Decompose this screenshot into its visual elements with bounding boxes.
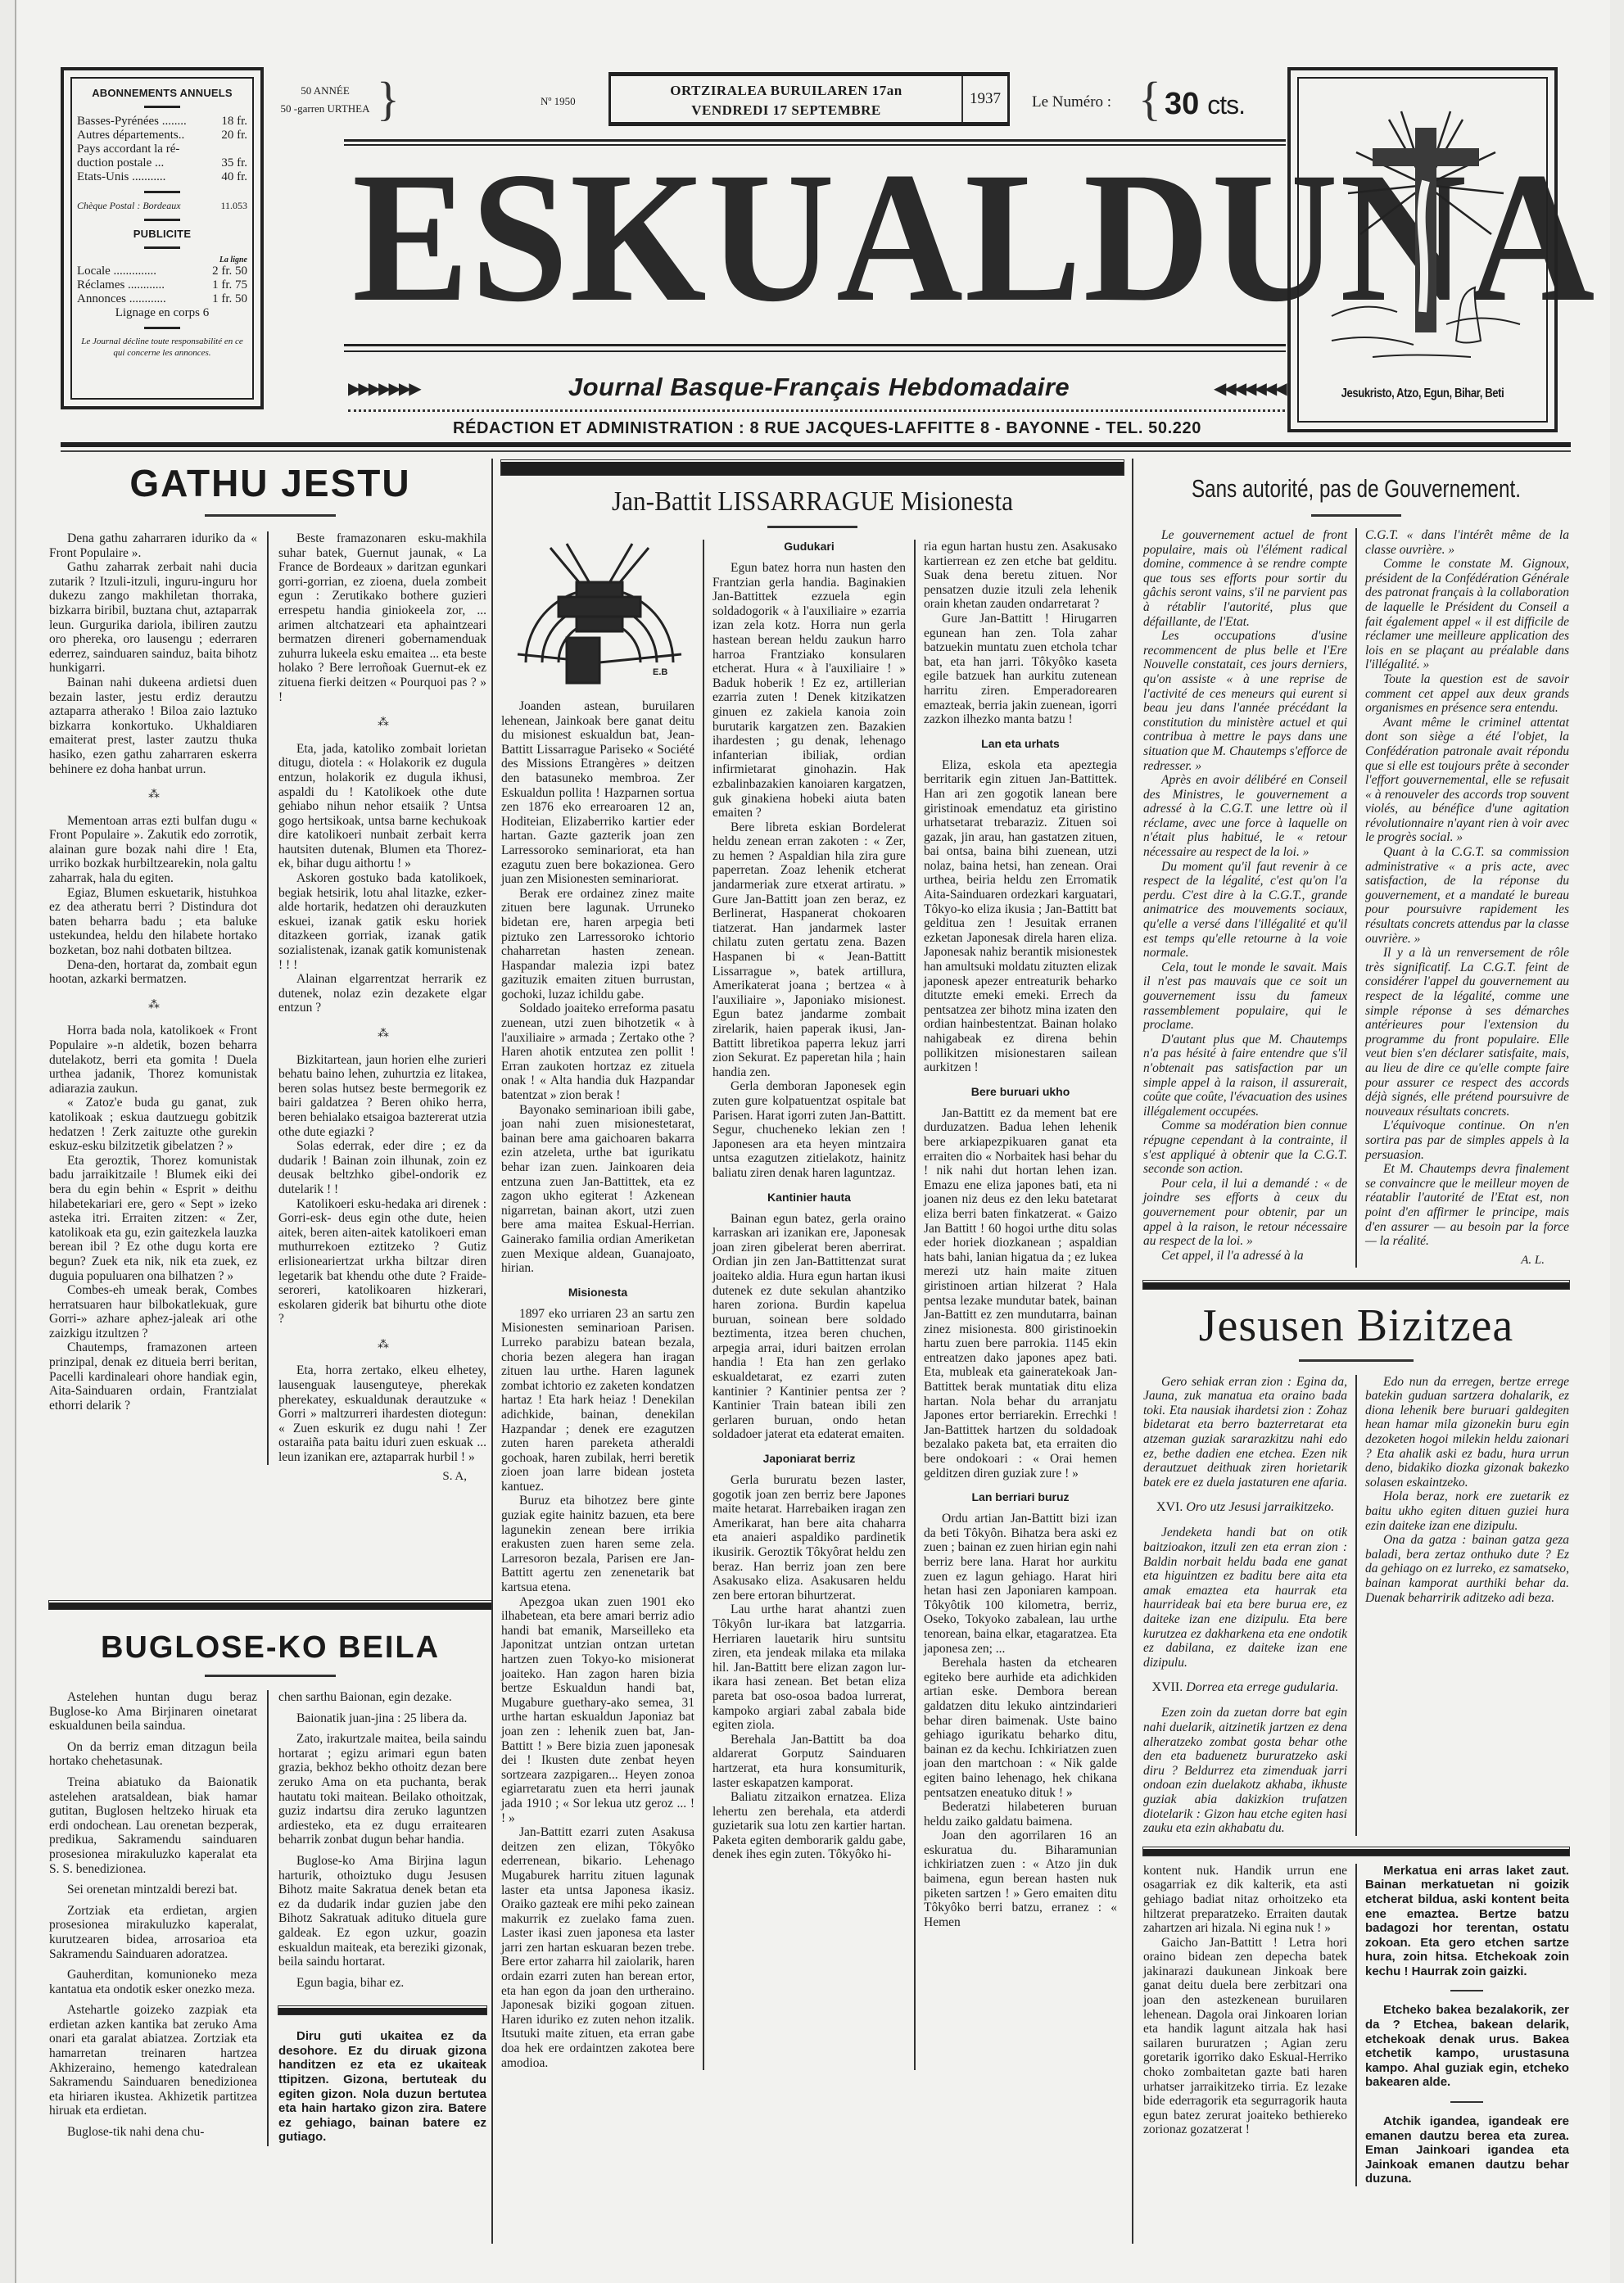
subheading: Japoniarat berriz [712, 1452, 906, 1465]
maxims-column: Merkatua eni arras laket zaut. Bainan me… [1365, 1864, 1569, 2186]
article-column: Edo nun da erregen, bertze errege bateki… [1365, 1375, 1569, 1836]
column-rule [1132, 459, 1133, 2244]
column-rule [703, 540, 704, 2070]
maxim: Diru guti ukaitea ez da desohore. Ez du … [278, 2029, 486, 2145]
divider [144, 191, 180, 193]
headline: GATHU JESTU [49, 460, 491, 506]
divider [1450, 2101, 1483, 2103]
subheading: Lan eta urhats [924, 737, 1117, 750]
column-rule [1355, 1864, 1357, 2186]
article-column: 1897 eko urriaren 23 an sartu zen Mision… [501, 1307, 694, 2070]
paragraph: Ona da gatza : bainan gatza geza baladi,… [1365, 1533, 1569, 1605]
missionary-emblem-icon: E.B [501, 540, 694, 687]
paragraph: Le gouvernement actuel de front populair… [1143, 528, 1347, 629]
column-rule [267, 531, 269, 1465]
paragraph: Eta, jada, katoliko zombait lorietan dit… [278, 742, 486, 871]
price-row: Autres départements..20 fr. [77, 129, 247, 142]
crucifix-icon [1323, 103, 1528, 373]
column-rule [914, 540, 916, 2070]
divider [205, 1675, 336, 1677]
section-rule [1143, 1281, 1569, 1289]
paragraph: 1897 eko urriaren 23 an sartu zen Mision… [501, 1307, 694, 1494]
paragraph: Comme le constate M. Gignoux, président … [1365, 557, 1569, 672]
asterism-icon: ⁂ [278, 716, 486, 730]
asterism-icon: ⁂ [49, 788, 257, 802]
paragraph: Baliatu zitzaikon ernatzea. Eliza lehert… [712, 1790, 906, 1862]
editorial-address: RÉDACTION ET ADMINISTRATION : 8 RUE JACQ… [369, 419, 1286, 438]
paragraph: Avant même le criminel attentat dont son… [1365, 716, 1569, 845]
date-basque: ORTZIRALEA BURUILAREN 17an [611, 81, 961, 101]
paragraph: On da berriz eman ditzagun beila hortako… [49, 1740, 257, 1769]
masthead-rule [61, 450, 1571, 452]
maxim: Merkatua eni arras laket zaut. Bainan me… [1365, 1864, 1569, 1979]
article-column: chen sarthu Baionan, egin dezake.Baionat… [278, 1690, 486, 1990]
paragraph: ria egun hartan hustu zen. Asakusako kar… [924, 540, 1117, 612]
section-rule [501, 460, 1124, 475]
emblem-box: Jesukristo, Atzo, Egun, Bihar, Beti [1287, 67, 1558, 432]
article-gathu-jestu: GATHU JESTU Dena gathu zaharraren idurik… [49, 455, 491, 1484]
subheading: Gudukari [712, 540, 906, 553]
paragraph: Astelehen huntan dugu beraz Buglose-ko A… [49, 1690, 257, 1734]
paragraph: Cet appel, il l'a adressé à la [1143, 1249, 1347, 1264]
paragraph: Bayonako seminarioan ibili gabe, joan na… [501, 1103, 694, 1276]
dotted-rule [348, 409, 1290, 414]
headline: Sans autorité, pas de Gouvernement. [1190, 470, 1522, 508]
paragraph: Eta, horra zertako, elkeu elhetey, lause… [278, 1363, 486, 1464]
paragraph: Egun batez horra nun hasten den Frantzia… [712, 561, 906, 821]
divider [205, 514, 336, 517]
svg-text:E.B: E.B [653, 667, 667, 677]
paragraph: Gauherditan, komunioneko meza kantatua e… [49, 1968, 257, 1996]
asterism-icon: ⁂ [49, 998, 257, 1013]
paragraph: Bederatzi hilabeteren buruan heldu zaiko… [924, 1800, 1117, 1829]
article-column: C.G.T. « dans l'intérêt même de la class… [1365, 528, 1569, 1249]
paragraph: Gerla demboran Japonesek egin zuten gure… [712, 1079, 906, 1180]
paragraph: Zato, irakurtzale maitea, beila saindu h… [278, 1732, 486, 1847]
asterism-icon: ⁂ [278, 1027, 486, 1042]
column-rule [491, 459, 493, 2244]
paragraph: Buglose-tik nahi dena chu- [49, 2125, 257, 2140]
paragraph: Gathu zaharrak zerbait nahi ducia zutari… [49, 560, 257, 676]
price-row: duction postale ...35 fr. [77, 156, 247, 170]
paragraph: Dena-den, hortarat da, zombait egun hoot… [49, 958, 257, 987]
article-column: Ordu artian Jan-Battitt bizi izan da bet… [924, 1512, 1117, 1929]
paragraph: Gero sehiak erran zion : Egina da, Jauna… [1143, 1375, 1347, 1490]
postal-cheque: Chèque Postal : Bordeaux 11.053 [77, 200, 247, 212]
article-column: Dena gathu zaharraren iduriko da « Front… [49, 531, 257, 1465]
newspaper-title: ESKUALDUNA [352, 151, 1230, 323]
column-rule [1355, 528, 1357, 1268]
paragraph: Les occupations d'usine recommencent de … [1143, 629, 1347, 773]
section-rule [278, 2006, 486, 2014]
paragraph: Edo nun da erregen, bertze errege bateki… [1365, 1375, 1569, 1490]
maxim: Atchik igandea, igandeak ere emanen daut… [1365, 2114, 1569, 2186]
paragraph: Buglose-ko Ama Birjina lagun harturik, o… [278, 1854, 486, 1969]
paragraph: Ordu artian Jan-Battitt bizi izan da bet… [924, 1512, 1117, 1656]
paragraph: Joanden astean, buruilaren lehenean, Jai… [501, 699, 694, 887]
advertising-price-list: Locale ..............2 fr. 50Réclames ..… [77, 264, 247, 306]
paragraph: C.G.T. « dans l'intérêt même de la class… [1365, 528, 1569, 557]
divider [767, 526, 857, 528]
per-line-header: La ligne [77, 255, 247, 264]
paragraph: Egun bagia, bihar ez. [278, 1976, 486, 1991]
article-column: Joanden astean, buruilaren lehenean, Jai… [501, 699, 694, 1276]
article-column: Bainan egun batez, gerla oraino karraska… [712, 1212, 906, 1443]
paragraph: Berehala hasten da etchearen egiteko ber… [924, 1656, 1117, 1800]
section-rule [49, 1601, 491, 1609]
paragraph: Pour cela, il lui a demandé : « de joind… [1143, 1177, 1347, 1249]
article-column: Astelehen huntan dugu beraz Buglose-ko A… [49, 1690, 257, 2146]
price-label: Le Numéro : [1032, 93, 1111, 111]
article-buglose: BUGLOSE-KO BEILA Astelehen huntan dugu b… [49, 1601, 491, 2146]
asterism-icon: ⁂ [278, 1338, 486, 1353]
lignage-note: Lignage en corps 6 [77, 306, 247, 320]
arrows-left-icon: ◀◀◀◀◀◀◀ [1214, 378, 1285, 399]
article-column: ria egun hartan hustu zen. Asakusako kar… [924, 540, 1117, 727]
divider [1450, 1990, 1483, 1991]
signature: S. A, [49, 1470, 491, 1484]
paragraph: kontent nuk. Handik urrun ene osagarriak… [1143, 1864, 1347, 1936]
price-row: Etats-Unis ...........40 fr. [77, 170, 247, 184]
paragraph: Jan-Battitt ez da mement bat ere durduza… [924, 1106, 1117, 1481]
paragraph: Joan den agorrilaren 16 an eskuratua du.… [924, 1829, 1117, 1929]
paragraph: Gerla bururatu bezen laster, gogotik joa… [712, 1473, 906, 1603]
paragraph: Mementoan arras ezti bulfan dugu « Front… [49, 814, 257, 886]
paragraph: Il y a là un renversement de rôle très s… [1365, 946, 1569, 1119]
subscription-box: ABONNEMENTS ANNUELS Basses-Pyrénées ....… [61, 67, 264, 409]
divider [144, 219, 180, 221]
title-rule [344, 350, 1286, 352]
brace-decoration: } [377, 75, 400, 123]
advertising-title: PUBLICITE [77, 228, 247, 240]
column-rule [1355, 1375, 1357, 1836]
section-rule [1143, 1847, 1569, 1856]
paragraph: Dena gathu zaharraren iduriko da « Front… [49, 531, 257, 560]
price-row: Réclames ............1 fr. 75 [77, 278, 247, 292]
paragraph: Baionatik juan-jina : 25 libera da. [278, 1711, 486, 1726]
subheading: Misionesta [501, 1286, 694, 1299]
paragraph: Du moment qu'il faut revenir à ce respec… [1143, 860, 1347, 961]
headline: Jesusen Bizitzea [1143, 1297, 1569, 1354]
column-rule [267, 1690, 269, 2146]
divider [144, 106, 180, 108]
headline: BUGLOSE-KO BEILA [49, 1627, 491, 1668]
paragraph: Bainan nahi dukeena ardietsi duen bezain… [49, 676, 257, 776]
paragraph: Et M. Chautemps devra finalement se conv… [1365, 1162, 1569, 1249]
paragraph: Toute la question est de savoir comment … [1365, 672, 1569, 716]
paragraph: Jendeketa handi bat on otik baitzioakon,… [1143, 1526, 1347, 1670]
paragraph: Apezgoa ukan zuen 1901 eko ilhabetean, e… [501, 1595, 694, 1826]
paragraph: Combes-eh umeak berak, Combes herratsuar… [49, 1283, 257, 1340]
paragraph: Askoren gostuko bada katolikoek, begiak … [278, 871, 486, 972]
paragraph: Bere libreta eskian Bordelerat heldu zen… [712, 821, 906, 1080]
paragraph: Cela, tout le monde le savait. Mais il n… [1143, 961, 1347, 1033]
subscription-price-list: Basses-Pyrénées ........18 fr.Autres dép… [77, 115, 247, 184]
signature: A. L. [1365, 1254, 1569, 1268]
paragraph: Solas ederrak, eder dire ; ez da dudarik… [278, 1139, 486, 1196]
subheading: Bere buruari ukho [924, 1085, 1117, 1098]
paragraph: Hola beraz, nork ere zuetarik ez baitu u… [1365, 1490, 1569, 1533]
divider [1311, 514, 1401, 517]
headline: Jan-Battit LISSARRAGUE Misionesta [526, 485, 1098, 519]
paragraph: Jan-Battitt ezarri zuten Asakusa deitzen… [501, 1825, 694, 2070]
subheading: Lan berriari buruz [924, 1490, 1117, 1503]
paragraph: Alainan elgarrentzat herrarik ez dutenek… [278, 972, 486, 1015]
subscriptions-title: ABONNEMENTS ANNUELS [77, 87, 247, 99]
divider [144, 327, 180, 329]
paragraph: Treina abiatuko da Baionatik astelehen a… [49, 1775, 257, 1876]
paragraph: Berehala Jan-Battitt ba doa aldarerat Go… [712, 1733, 906, 1790]
paragraph: Comme sa modération bien connue répugne … [1143, 1119, 1347, 1176]
disclaimer: Le Journal décline toute responsabilité … [77, 336, 247, 359]
brace-decoration: { [1138, 75, 1161, 123]
year: 1937 [961, 76, 1007, 122]
title-rule [344, 344, 1286, 346]
paragraph: Gure Jan-Battitt ! Hirugarren egunean ha… [924, 612, 1117, 727]
paragraph: Sei orenetan mintzaldi berezi bat. [49, 1883, 257, 1897]
issue-number: Nº 1950 [541, 95, 576, 108]
price-row: Pays accordant la ré- [77, 142, 247, 156]
paragraph: Beste framazonaren esku-makhila suhar ba… [278, 531, 486, 704]
paragraph: Zortziak eta erdietan, argien prosesione… [49, 1904, 257, 1961]
paragraph: Egiaz, Blumen eskuetarik, histuhkoa ez d… [49, 886, 257, 958]
chapter-heading: XVII. Dorrea eta errege gudularia. [1143, 1679, 1347, 1696]
paragraph: L'équivoque continue. On n'en sortira pa… [1365, 1119, 1569, 1162]
price-row: Locale ..............2 fr. 50 [77, 264, 247, 278]
date-box: ORTZIRALEA BURUILAREN 17an VENDREDI 17 S… [608, 72, 1010, 126]
article-column: Le gouvernement actuel de front populair… [1143, 528, 1347, 1268]
paragraph: chen sarthu Baionan, egin dezake. [278, 1690, 486, 1705]
article-lissarrague: Jan-Battit LISSARRAGUE Misionesta E.B [501, 455, 1124, 2070]
paragraph: Katolikoeri esku-hedaka ari direnek : Go… [278, 1197, 486, 1327]
article-column: Gerla bururatu bezen laster, gogotik joa… [712, 1473, 906, 1862]
article-sans-autorite: Sans autorité, pas de Gouvernement. Le g… [1143, 455, 1569, 2186]
emblem-caption: Jesukristo, Atzo, Egun, Bihar, Beti [1314, 387, 1531, 401]
article-column: Eliza, eskola eta apeztegia berritarik e… [924, 758, 1117, 1075]
newspaper-page: ABONNEMENTS ANNUELS Basses-Pyrénées ....… [15, 0, 1610, 2283]
article-column: Gero sehiak erran zion : Egina da, Jauna… [1143, 1375, 1347, 1490]
paragraph: Horra bada nola, katolikoek « Front Popu… [49, 1024, 257, 1096]
paragraph: Eliza, eskola eta apeztegia berritarik e… [924, 758, 1117, 1075]
masthead-rule [61, 442, 1571, 447]
divider [1299, 1359, 1414, 1362]
price-row: Annonces ............1 fr. 50 [77, 292, 247, 306]
article-column: Egun batez horra nun hasten den Frantzia… [712, 561, 906, 1181]
article-column: Jan-Battitt ez da mement bat ere durduza… [924, 1106, 1117, 1481]
paragraph: Ezen zoin da zuetan dorre bat egin nahi … [1143, 1706, 1347, 1835]
paragraph: Quant à la C.G.T. sa commission administ… [1365, 845, 1569, 946]
divider [144, 246, 180, 249]
date-french: VENDREDI 17 SEPTEMBRE [611, 101, 961, 120]
chapter-heading: XVI. Oro utz Jesusi jarraikitzeko. [1143, 1499, 1347, 1516]
paragraph: Chautemps, framazonen arteen prinzipal, … [49, 1340, 257, 1413]
paragraph: D'autant plus que M. Chautemps n'a pas h… [1143, 1033, 1347, 1119]
paragraph: Astehartle goizeko zazpiak eta erdietan … [49, 2003, 257, 2118]
article-column: Jendeketa handi bat on otik baitzioakon,… [1143, 1526, 1347, 1670]
article-column: Beste framazonaren esku-makhila suhar ba… [278, 531, 486, 1465]
paragraph: Après en avoir délibéré en Conseil des M… [1143, 773, 1347, 860]
paragraph: Eta geroztik, Thorez komunistak badu jar… [49, 1154, 257, 1283]
subheading: Kantinier hauta [712, 1191, 906, 1204]
issue-price: 30cts. [1165, 87, 1245, 122]
paragraph: Bainan egun batez, gerla oraino karraska… [712, 1212, 906, 1443]
maxim: Etcheko bakea bezalakorik, zer da ? Etch… [1365, 2003, 1569, 2090]
paragraph: Berak ere ordainez zinez maite zituen be… [501, 887, 694, 1002]
paragraph: Gaicho Jan-Battitt ! Letra hori oraino b… [1143, 1936, 1347, 2137]
paragraph: Lau urthe harat ahantzi zuen Tôkyôn lur-… [712, 1603, 906, 1732]
paragraph: Bizkitartean, jaun horien elhe zurieri b… [278, 1053, 486, 1140]
paragraph: Buruz eta bihotzez bere ginte guziak egi… [501, 1494, 694, 1594]
paragraph: Soldado joaiteko erreforma pasatu zuenea… [501, 1001, 694, 1102]
volume-year: 50 ANNÉE 50 -garren URTHEA [277, 82, 373, 118]
newspaper-subtitle: Journal Basque-Français Hebdomadaire [348, 373, 1290, 402]
article-column: kontent nuk. Handik urrun ene osagarriak… [1143, 1864, 1347, 2186]
article-column: Ezen zoin da zuetan dorre bat egin nahi … [1143, 1706, 1347, 1835]
price-row: Basses-Pyrénées ........18 fr. [77, 115, 247, 129]
paragraph: « Zatoz'e buda gu ganat, zuk katolikoak … [49, 1096, 257, 1153]
